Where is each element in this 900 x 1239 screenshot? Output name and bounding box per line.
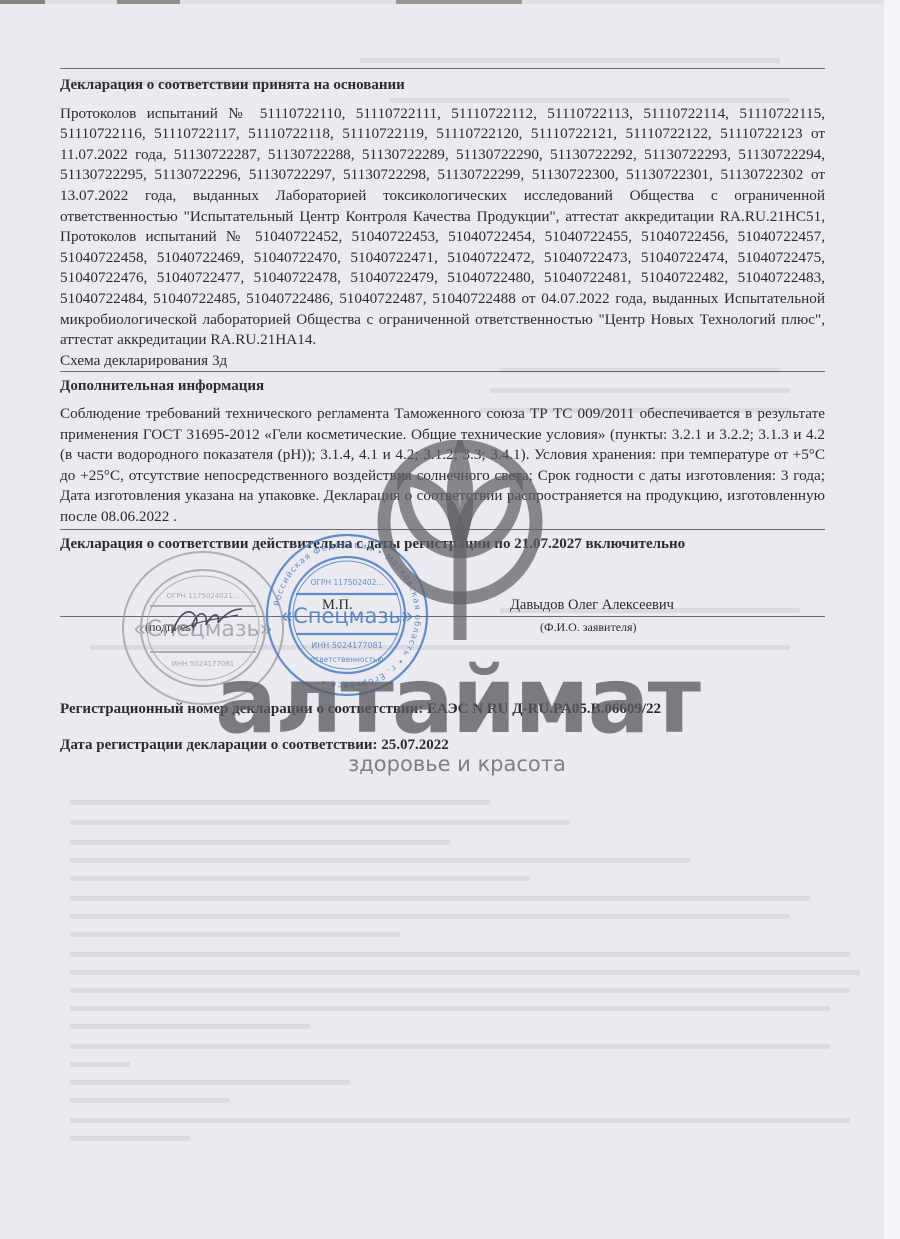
declaration-document: Декларация о соответствии принята на осн… (60, 68, 825, 631)
section-divider (60, 371, 825, 372)
basis-text: Протоколов испытаний № 51110722110, 5111… (60, 104, 825, 351)
signature-block: М.П. Давыдов Олег Алексеевич (подпись) (… (60, 555, 825, 631)
scheme-text: Схема декларирования 3д (60, 351, 825, 372)
basis-heading: Декларация о соответствии принята на осн… (60, 75, 825, 96)
signature-caption: (подпись) (145, 617, 195, 638)
section-divider (60, 68, 825, 69)
seal-place-label: М.П. (322, 595, 353, 616)
applicant-name: Давыдов Олег Алексеевич (510, 595, 674, 616)
fio-caption: (Ф.И.О. заявителя) (540, 617, 637, 638)
validity-text: Декларация о соответствии действительна … (60, 534, 825, 555)
additional-text: Соблюдение требований технического регла… (60, 404, 825, 528)
registration-date: Дата регистрации декларации о соответств… (60, 735, 449, 756)
scan-margin (884, 0, 900, 1239)
additional-heading: Дополнительная информация (60, 376, 825, 397)
section-divider (60, 529, 825, 530)
registration-number: Регистрационный номер декларации о соотв… (60, 699, 661, 720)
